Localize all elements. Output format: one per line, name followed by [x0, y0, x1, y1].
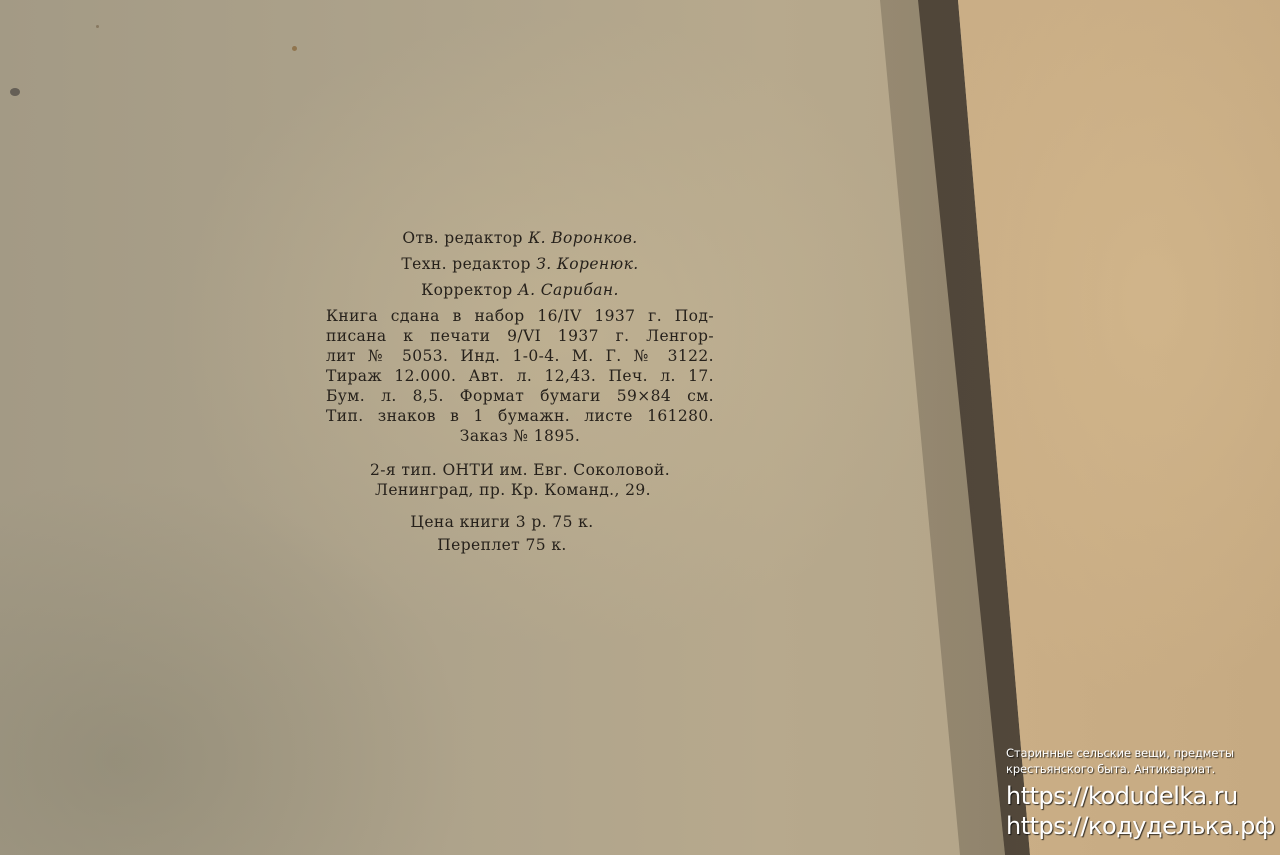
publication-line: Книга сдана в набор 16/IV 1937 г. Под- — [326, 306, 714, 326]
credit-tech-editor: Техн. редактор З. Коренюк. — [318, 254, 722, 274]
publication-line: Тираж 12.000. Авт. л. 12,43. Печ. л. 17. — [326, 366, 714, 386]
watermark-tagline: Старинные сельские вещи, предметы — [1006, 745, 1276, 761]
credit-proofreader: Корректор А. Сарибан. — [318, 280, 722, 300]
order-number: Заказ № 1895. — [326, 426, 714, 446]
paper-spot — [10, 88, 20, 96]
binding-price: Переплет 75 к. — [282, 535, 722, 555]
publication-line: Бум. л. 8,5. Формат бумаги 59×84 см. — [326, 386, 714, 406]
watermark-url-latin: https://kodudelka.ru — [1006, 781, 1276, 811]
publication-details: Книга сдана в набор 16/IV 1937 г. Под- п… — [326, 306, 714, 446]
publication-line: Тип. знаков в 1 бумажн. листе 161280. — [326, 406, 714, 426]
paper-spot — [292, 46, 297, 51]
colophon-imprint: Отв. редактор К. Воронков. Техн. редакто… — [318, 228, 722, 555]
watermark-tagline: крестьянского быта. Антиквариат. — [1006, 761, 1276, 777]
printer-address: Ленинград, пр. Кр. Команд., 29. — [304, 480, 722, 500]
publication-line: писана к печати 9/VI 1937 г. Ленгор- — [326, 326, 714, 346]
publication-line: лит № 5053. Инд. 1-0-4. М. Г. № 3122. — [326, 346, 714, 366]
credit-editor: Отв. редактор К. Воронков. — [318, 228, 722, 248]
watermark-url-cyrillic: https://кодуделька.рф — [1006, 811, 1276, 841]
site-watermark: Старинные сельские вещи, предметы кресть… — [1006, 745, 1276, 841]
paper-spot — [96, 25, 99, 28]
printer-line: 2-я тип. ОНТИ им. Евг. Соколовой. — [318, 460, 722, 480]
book-price: Цена книги 3 р. 75 к. — [282, 512, 722, 532]
